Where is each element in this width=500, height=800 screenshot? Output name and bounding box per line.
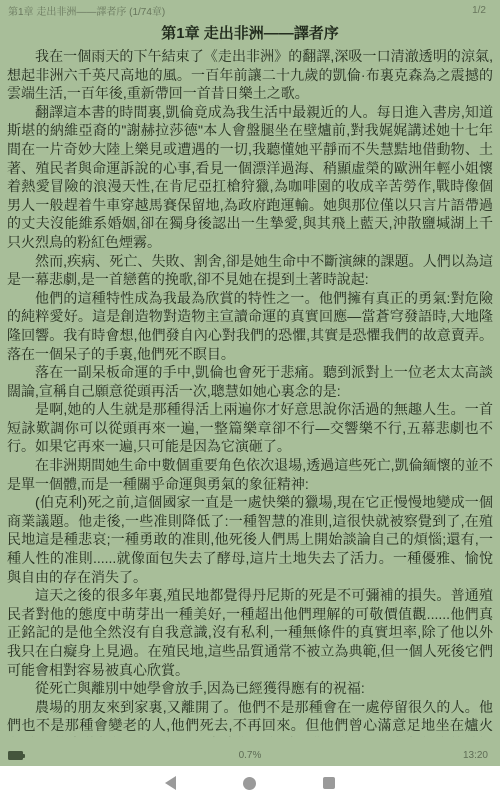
- paragraph: (伯克利)死之前,這個國家一直是一處快樂的獵場,現在它正慢慢地變成一個商業議題。…: [7, 493, 493, 586]
- paragraph: 翻譯這本書的時間裏,凱倫竟成為我生活中最親近的人。每日進入書房,知道斯堪的納維亞…: [7, 103, 493, 252]
- paragraph: 在非洲期間她生命中數個重要角色依次退場,透過這些死亡,凱倫緬懷的並不是單一個體,…: [7, 456, 493, 493]
- recents-icon[interactable]: [323, 777, 335, 789]
- android-navbar: [0, 766, 500, 800]
- back-icon[interactable]: [165, 776, 176, 790]
- paragraph: 農場的朋友來到家裏,又離開了。他們不是那種會在一處停留很久的人。他們也不是那種會…: [7, 698, 493, 737]
- home-icon[interactable]: [243, 777, 256, 790]
- reader-content[interactable]: 我在一個雨天的下午結束了《走出非洲》的翻譯,深吸一口清澈透明的涼氣,想起非洲六千…: [0, 45, 500, 737]
- clock: 13:20: [463, 750, 488, 761]
- ebook-reader-screen: 第1章 走出非洲——譯者序 (1/74章) 1/2 第1章 走出非洲——譯者序 …: [0, 0, 500, 800]
- chapter-breadcrumb: 第1章 走出非洲——譯者序 (1/74章): [8, 3, 165, 18]
- paragraph: 是啊,她的人生就是那種得活上兩遍你才好意思說你活過的無趣人生。一首短詠歎調你可以…: [7, 400, 493, 456]
- paragraph: 這天之後的很多年裏,殖民地都覺得丹尼斯的死是不可彌補的損失。普通殖民者對他的態度…: [7, 586, 493, 679]
- paragraph: 我在一個雨天的下午結束了《走出非洲》的翻譯,深吸一口清澈透明的涼氣,想起非洲六千…: [7, 47, 493, 103]
- paragraph: 然而,疾病、死亡、失敗、割舍,卻是她生命中不斷演練的課題。人們以為這是一幕悲劇,…: [7, 252, 493, 289]
- reader-page[interactable]: 第1章 走出非洲——譯者序 (1/74章) 1/2 第1章 走出非洲——譯者序 …: [0, 0, 500, 766]
- reading-progress: 0.7%: [0, 750, 500, 761]
- chapter-title: 第1章 走出非洲——譯者序: [0, 22, 500, 43]
- paragraph: 他們的這種特性成為我最為欣賞的特性之一。他們擁有真正的勇氣:對危險的純粹愛好。這…: [7, 289, 493, 363]
- paragraph: 落在一副呆板命運的手中,凱倫也會死于悲痛。聽到派對上一位老太太高談闊論,宣稱自己…: [7, 363, 493, 400]
- paragraph: 從死亡與離別中她學會放手,因為已經獲得應有的祝福:: [7, 679, 493, 698]
- page-indicator: 1/2: [472, 5, 486, 16]
- reader-topbar: 第1章 走出非洲——譯者序 (1/74章) 1/2: [0, 0, 500, 17]
- reader-statusbar: 0.7% 13:20: [0, 748, 500, 764]
